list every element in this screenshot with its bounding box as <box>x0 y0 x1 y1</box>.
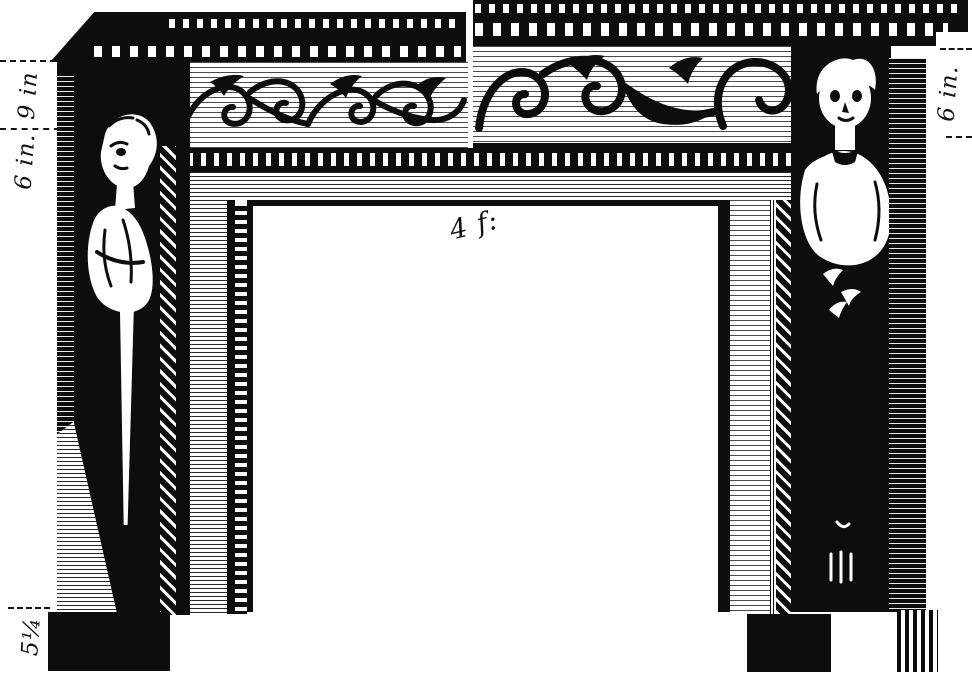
architrave-top <box>184 172 804 200</box>
dimension-tick-right-1 <box>940 48 972 50</box>
dimension-label-left-lower: 6 in. <box>12 125 40 198</box>
plinth-right-outer <box>897 610 938 672</box>
cornice-right <box>470 0 968 46</box>
dimension-label-left-upper: 9 in <box>15 59 43 132</box>
jamb-left-architrave <box>190 200 227 614</box>
jamb-left-fillet <box>227 200 235 614</box>
plate-seam <box>466 0 473 63</box>
dentil-row-upper-left <box>169 19 456 28</box>
caryatid-right-pillar <box>791 46 891 612</box>
dentil-row-lower-right <box>475 23 948 36</box>
jamb-right-bead-molding <box>776 200 791 614</box>
cornice-left <box>28 12 470 62</box>
jamb-left-bead-molding <box>235 206 247 614</box>
egg-and-dart-band <box>182 148 805 172</box>
dimension-label-bottom-left: 5¼ <box>18 600 46 673</box>
dentil-row-upper-right <box>475 4 963 13</box>
cornice-step-notch <box>936 32 972 48</box>
dentil-row-lower-left <box>94 46 461 57</box>
caryatid-right-outer-edge <box>889 58 926 612</box>
fireplace-opening <box>247 200 730 612</box>
caryatid-right-term-ornament <box>801 262 881 602</box>
caryatid-left-base-hatch-wedge <box>57 405 161 615</box>
dimension-label-right: 6 in. <box>935 57 963 130</box>
plinth-left <box>48 612 170 671</box>
caryatid-right-bust <box>795 52 895 296</box>
acanthus-scroll-right <box>473 46 805 143</box>
jamb-right-architrave <box>730 200 770 614</box>
plinth-right-inner <box>747 614 831 672</box>
acanthus-scroll-left <box>180 62 468 148</box>
frieze-right <box>473 46 805 148</box>
egg-and-dart-row <box>188 153 799 166</box>
dimension-tick-right-2 <box>946 136 972 138</box>
caryatid-left-pillar <box>57 60 190 615</box>
chimneypiece-engraving-plate: 9 in 6 in. 6 in. 5¼ 4 f: <box>0 0 972 673</box>
frieze-left <box>180 62 468 153</box>
